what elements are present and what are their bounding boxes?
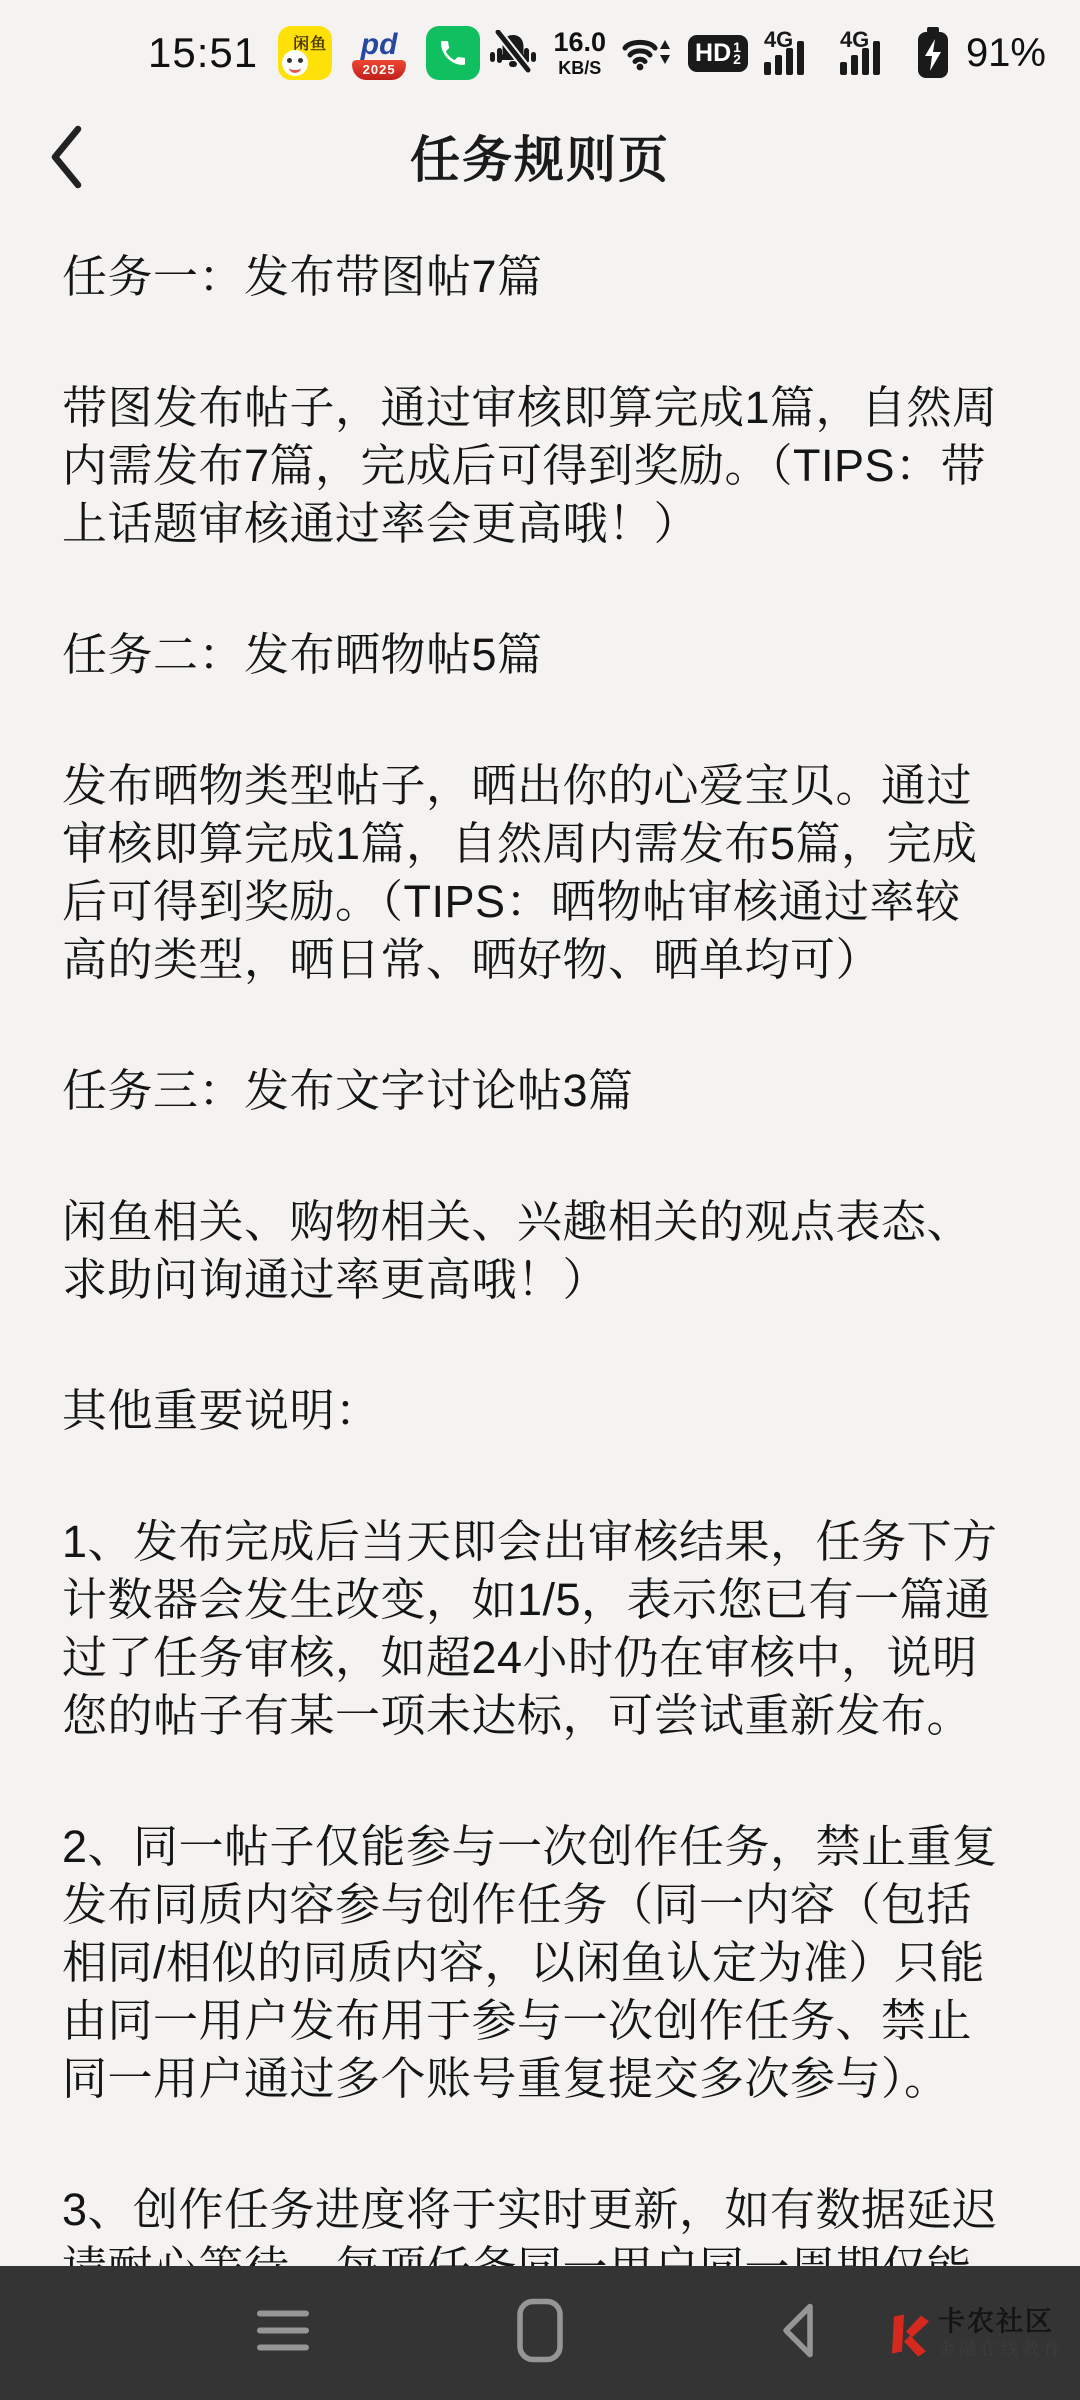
xianyu-notification-icon: 闲鱼 [278, 26, 332, 80]
task3-heading: 任务三：发布文字讨论帖3篇 [62, 1062, 1022, 1120]
hd-sim-numbers: 1 2 [733, 41, 741, 65]
status-bar-left: 15:51 闲鱼 pd 2025 [148, 26, 480, 80]
task3-description: 闲鱼相关、购物相关、兴趣相关的观点表态、 求助问询通过率更高哦！） [62, 1193, 1022, 1309]
battery-percent: 91% [966, 31, 1046, 76]
watermark: 卡农社区 金融在线教育 [886, 2309, 1064, 2358]
mute-bell-icon [489, 30, 537, 76]
signal-sim2: 4G [840, 29, 900, 77]
task1-heading: 任务一：发布带图帖7篇 [62, 248, 1022, 306]
task2-heading: 任务二：发布晒物帖5篇 [62, 626, 1022, 684]
network-speed-value: 16.0 [553, 29, 606, 56]
system-nav-bar: 卡农社区 金融在线教育 [0, 2266, 1080, 2400]
note-2: 2、同一帖子仅能参与一次创作任务，禁止重复 发布同质内容参与创作任务（同一内容（… [62, 1818, 1022, 2108]
nav-menu-icon [253, 2307, 313, 2355]
battery-icon [916, 27, 950, 79]
upload-arrow-icon [660, 40, 670, 49]
volte-hd-badge: HD 1 2 [688, 35, 748, 72]
wifi-icon [622, 34, 672, 72]
2025-notification-icon: pd 2025 [352, 26, 406, 80]
xianyu-face-icon [282, 50, 308, 76]
page-title: 任务规则页 [0, 100, 1080, 212]
nav-back-button[interactable] [772, 2299, 828, 2368]
signal-sim1: 4G [764, 29, 824, 77]
task1-description: 带图发布帖子，通过审核即算完成1篇，自然周 内需发布7篇，完成后可得到奖励。（T… [62, 379, 1022, 553]
status-bar: 15:51 闲鱼 pd 2025 [0, 0, 1080, 100]
phone-call-notification-icon [426, 26, 480, 80]
recents-menu-button[interactable] [253, 2307, 313, 2360]
watermark-subtitle: 金融在线教育 [938, 2341, 1064, 2358]
download-arrow-icon [660, 55, 670, 64]
watermark-text: 卡农社区 金融在线教育 [938, 2309, 1064, 2358]
network-speed: 16.0 KB/S [553, 29, 606, 77]
clock: 15:51 [148, 29, 258, 77]
task-rules-content: 任务一：发布带图帖7篇 带图发布帖子，通过审核即算完成1篇，自然周 内需发布7篇… [0, 212, 1080, 2370]
other-notes-heading: 其他重要说明： [62, 1382, 1022, 1440]
home-button[interactable] [510, 2296, 570, 2371]
header: 任务规则页 [0, 100, 1080, 212]
pd-logo-icon: pd [361, 30, 398, 60]
watermark-title: 卡农社区 [938, 2309, 1064, 2336]
status-bar-right: 16.0 KB/S HD 1 2 4G [489, 27, 1046, 79]
nav-home-icon [510, 2296, 570, 2366]
watermark-logo-icon [886, 2310, 930, 2356]
task2-description: 发布晒物类型帖子，晒出你的心爱宝贝。通过 审核即算完成1篇，自然周内需发布5篇，… [62, 757, 1022, 989]
nav-back-icon [772, 2299, 828, 2363]
signal-bars-icon [840, 41, 880, 75]
hd-label: HD [695, 39, 731, 68]
handset-icon [437, 37, 469, 69]
network-speed-unit: KB/S [558, 59, 601, 77]
note-1: 1、发布完成后当天即会出审核结果，任务下方 计数器会发生改变，如1/5，表示您已… [62, 1513, 1022, 1745]
hd-sim2: 2 [733, 53, 741, 65]
banner-2025: 2025 [352, 60, 406, 80]
signal-bars-icon [764, 41, 804, 75]
phone-screen: 15:51 闲鱼 pd 2025 [0, 0, 1080, 2400]
